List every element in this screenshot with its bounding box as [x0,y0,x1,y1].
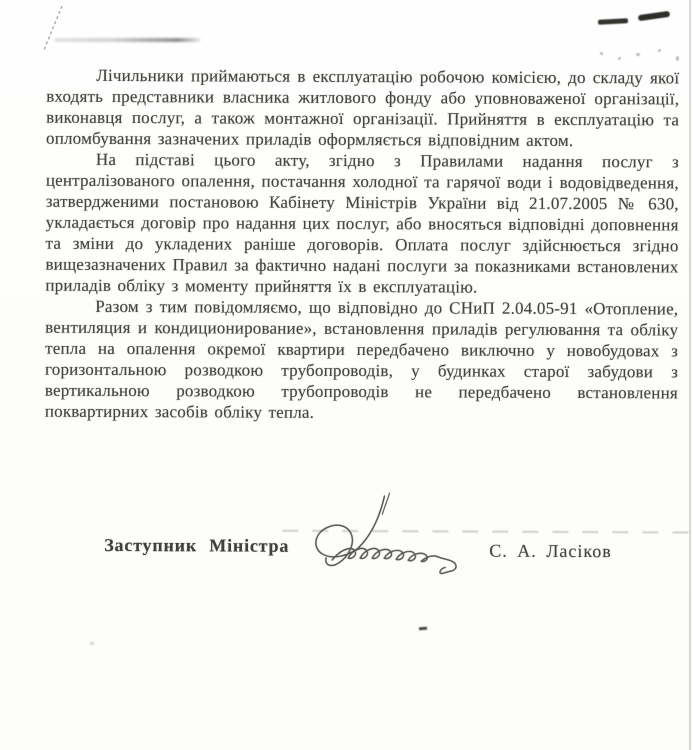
paragraph-acceptance: Лічильники приймаються в експлуатацію ро… [46,65,679,152]
letter-body: Лічильники приймаються в експлуатацію ро… [45,65,680,425]
document-page: Лічильники приймаються в експлуатацію ро… [0,0,693,750]
paragraph-snip-rules: Разом з тим повідомляємо, що відповідно … [45,296,679,425]
signer-title: Заступник Міністра [104,535,289,557]
paragraph-contract: На підставі цього акту, згідно з Правила… [45,149,679,299]
signature-block: Заступник Міністра С. А. Ласіков [44,489,677,602]
handwritten-signature [292,490,482,586]
signer-name: С. А. Ласіков [489,541,612,563]
letter-content: Лічильники приймаються в експлуатацію ро… [0,0,693,750]
